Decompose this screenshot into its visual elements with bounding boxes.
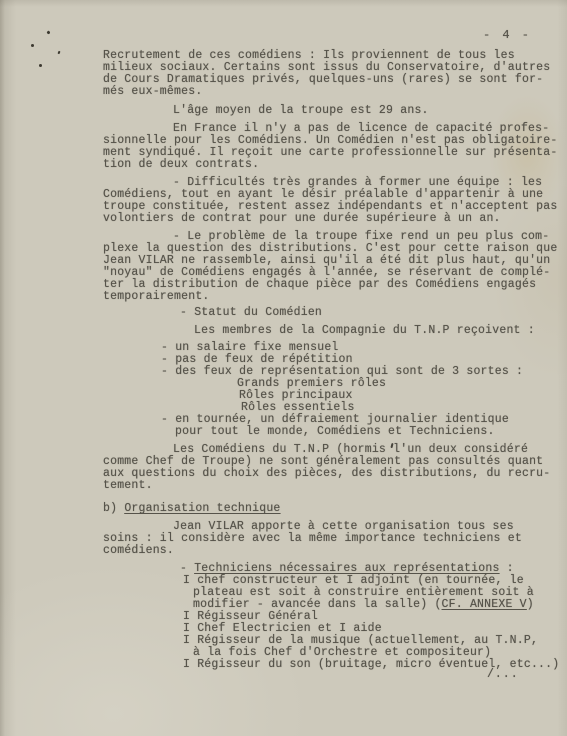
- page-number: - 4 -: [483, 28, 532, 42]
- text-line: pour tout le monde, Comédiens et Technic…: [0, 426, 567, 438]
- text-line: comédiens.: [0, 545, 567, 557]
- text-line: Les membres de la Compagnie du T.N.P reç…: [0, 325, 567, 337]
- text-line: de Cours Dramatiques privés, quelques-un…: [0, 74, 567, 86]
- text-line: - Statut du Comédien: [0, 307, 567, 319]
- text-line: aux questions du choix des pièces, des d…: [0, 468, 567, 480]
- text-line: volontiers de contrat pour une durée sup…: [0, 213, 567, 225]
- ink-speck: [31, 44, 34, 47]
- text-line: L'âge moyen de la troupe est 29 ans.: [0, 105, 567, 117]
- continuation-mark: /...: [487, 668, 519, 681]
- document-lines: Recrutement de ces comédiens : Ils provi…: [0, 50, 567, 671]
- text-line: més eux-mêmes.: [0, 86, 567, 98]
- text-line: ter la distribution de chaque pièce par …: [0, 279, 567, 291]
- text-line: tion de deux contrats.: [0, 159, 567, 171]
- text-line: tement.: [0, 480, 567, 492]
- text-line: temporairement.: [0, 291, 567, 303]
- ink-speck: [46, 30, 50, 34]
- text-line: soins : il considère avec la même import…: [0, 533, 567, 545]
- text-line: I Régisseur du son (bruitage, micro éven…: [0, 659, 567, 671]
- text-line: b) Organisation technique: [0, 503, 567, 515]
- text-line: ment syndiqué. Il reçoit une carte profe…: [0, 147, 567, 159]
- document-page: - 4 - Recrutement de ces comédiens : Ils…: [0, 0, 567, 736]
